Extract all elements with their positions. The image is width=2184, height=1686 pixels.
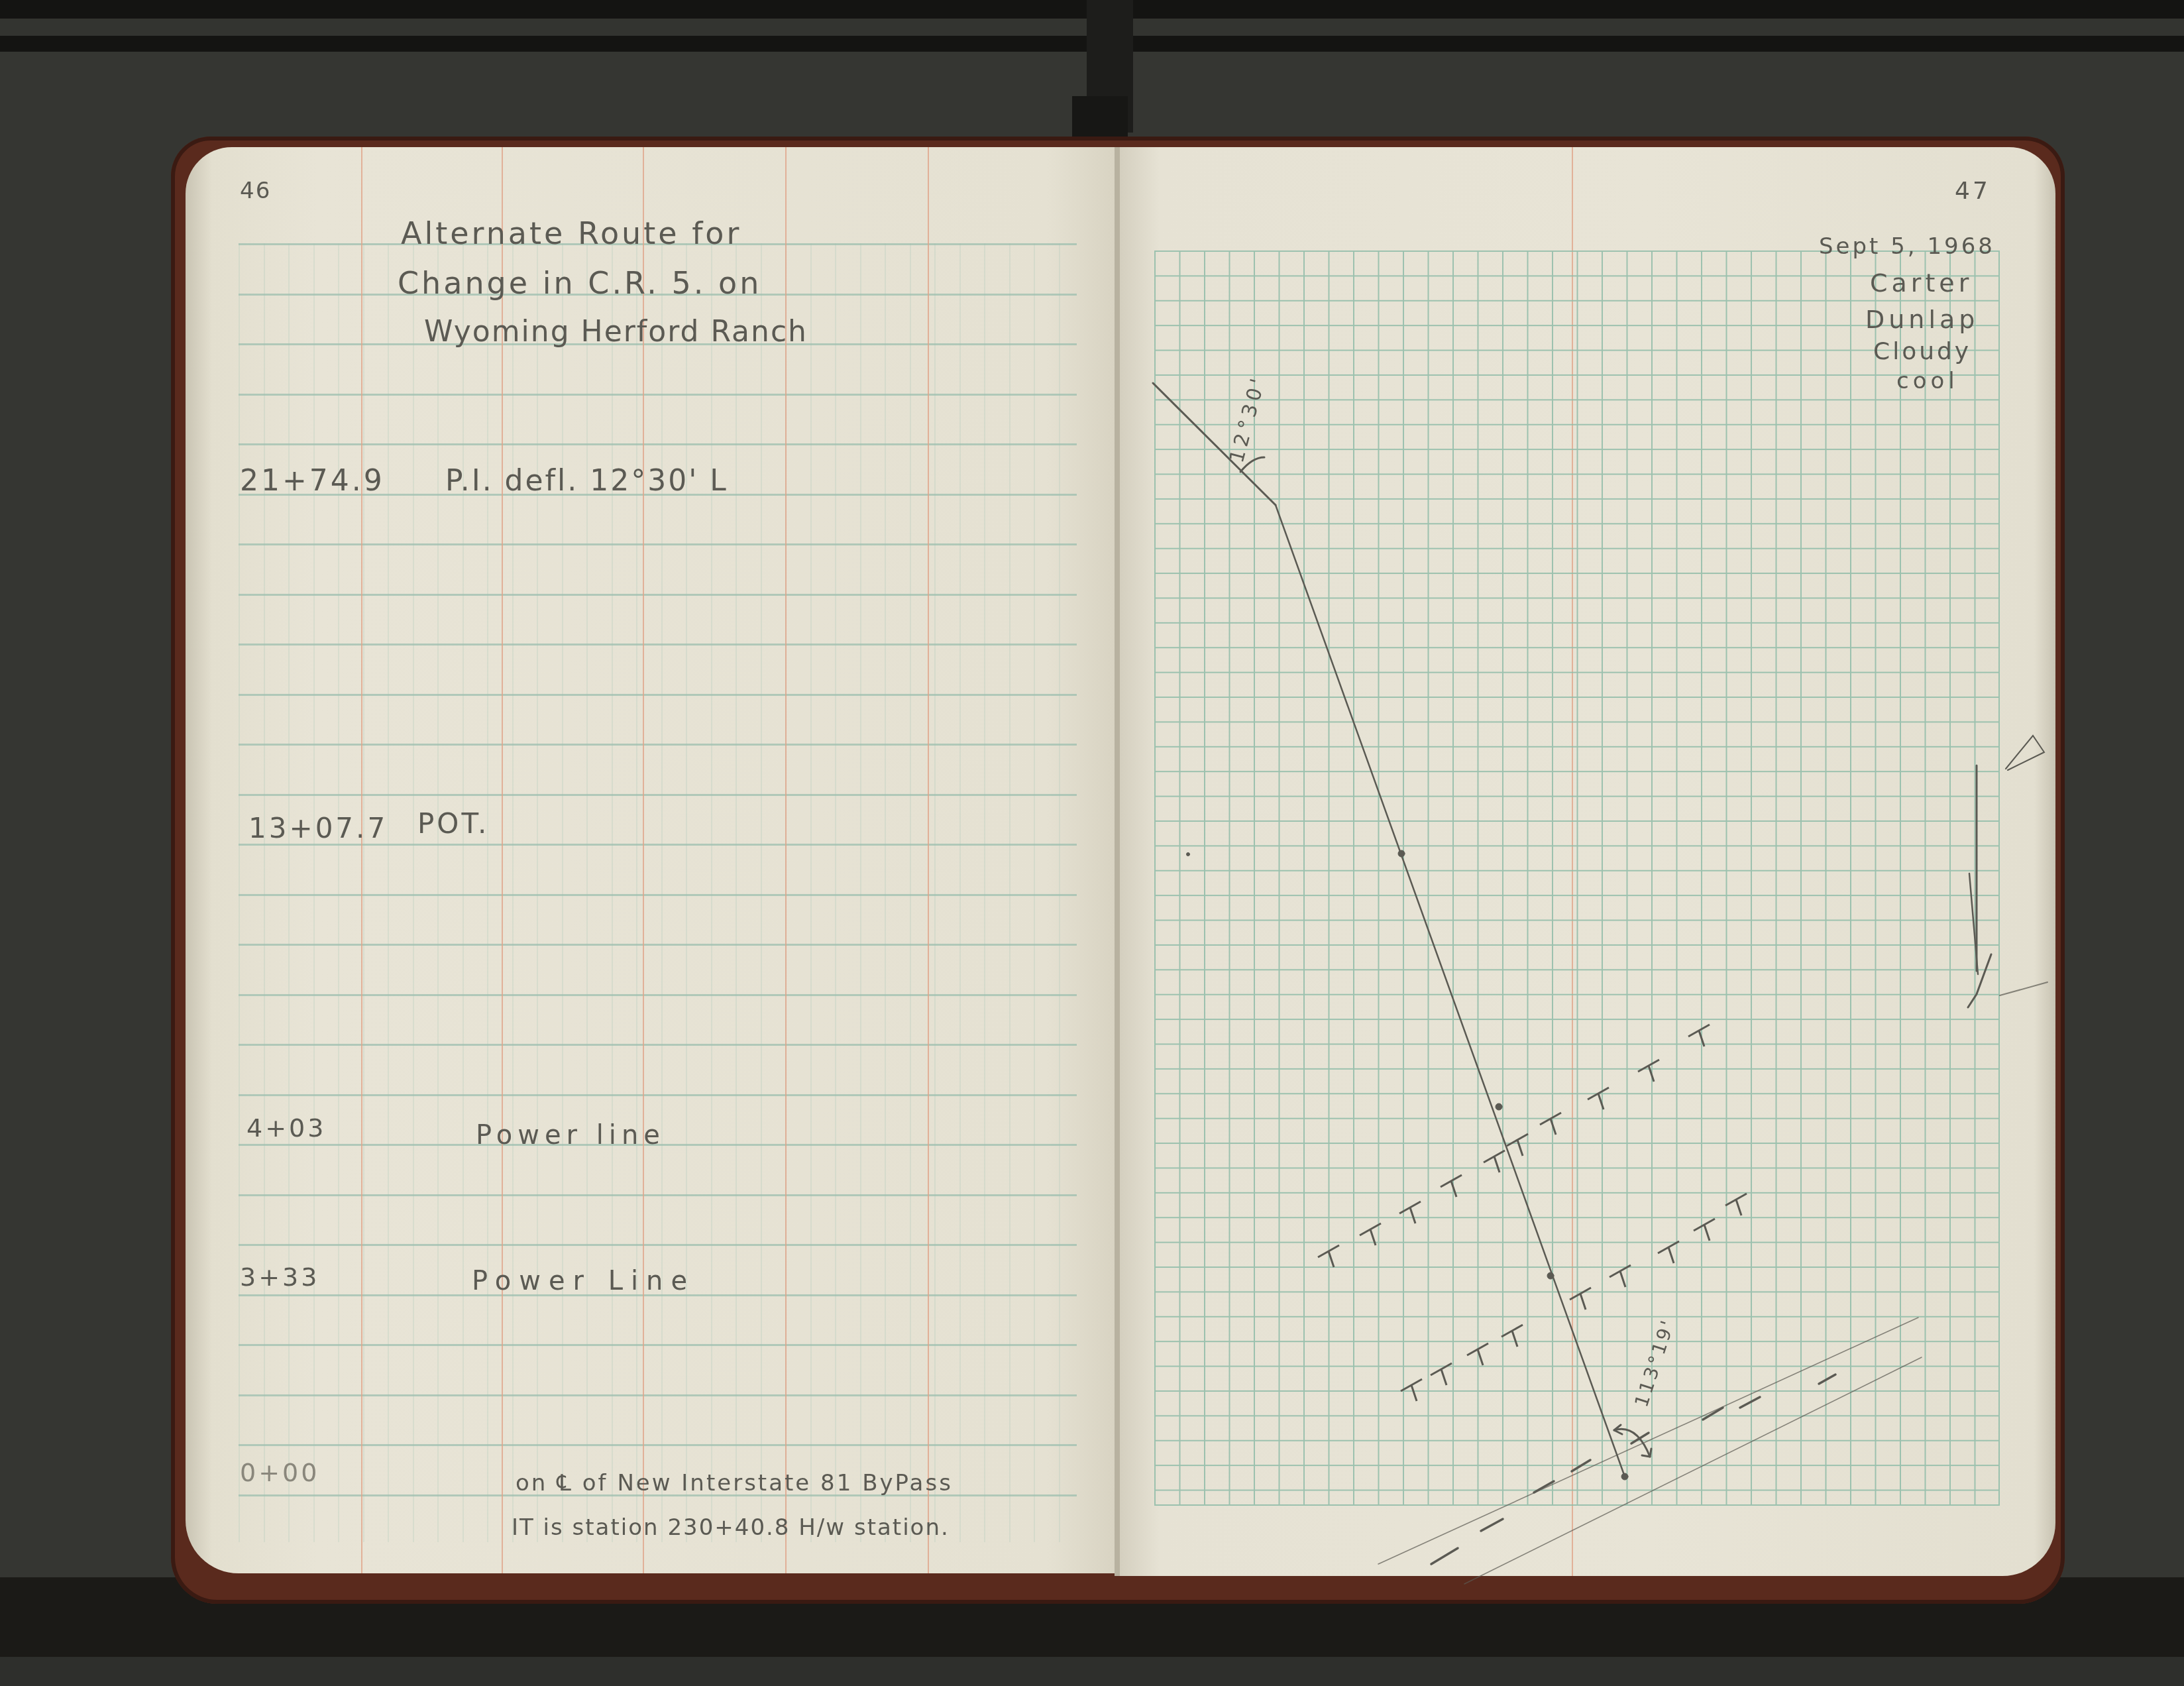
ruled-line	[239, 694, 1077, 696]
faint-grid-line	[512, 243, 514, 1542]
faint-grid-line	[860, 243, 861, 1542]
faint-grid-line	[810, 243, 812, 1542]
entry-description: Power line	[476, 1120, 665, 1151]
book-gutter	[1115, 147, 1120, 1576]
faint-grid-line	[686, 243, 687, 1542]
faint-grid-line	[313, 243, 315, 1542]
faint-grid-line	[388, 243, 389, 1542]
faint-grid-line	[264, 243, 265, 1542]
faint-grid-line	[463, 243, 464, 1542]
column-rule	[643, 147, 644, 1573]
title-line-2: Change in C.R. 5. on	[398, 265, 761, 301]
faint-grid-line	[736, 243, 737, 1542]
station-entry: 13+07.7	[248, 812, 388, 844]
faint-grid-line	[835, 243, 836, 1542]
station-entry: 21+74.9	[240, 464, 385, 498]
station-entry: 4+03	[246, 1113, 326, 1143]
title-line-1: Alternate Route for	[401, 215, 741, 251]
ruled-line	[239, 1094, 1077, 1096]
page-number-left: 46	[240, 178, 271, 204]
ruled-line	[239, 1394, 1077, 1396]
column-rule	[928, 147, 929, 1573]
ruled-line	[239, 944, 1077, 946]
holder-clip-foot	[1072, 96, 1128, 142]
backdrop-band	[0, 1657, 2184, 1686]
faint-grid-line	[537, 243, 538, 1542]
ruled-line	[239, 1444, 1077, 1446]
ruled-line	[239, 794, 1077, 796]
faint-grid-line	[1059, 243, 1060, 1542]
left-page	[186, 147, 1117, 1573]
faint-grid-line	[959, 243, 961, 1542]
entry-description: P.I. defl. 12°30' L	[445, 464, 728, 498]
station-entry: 3+33	[240, 1263, 319, 1292]
ruled-line	[239, 994, 1077, 996]
ruled-line	[239, 644, 1077, 646]
faint-grid-line	[636, 243, 637, 1542]
faint-grid-line	[338, 243, 339, 1542]
header-crew-2: Dunlap	[1865, 305, 1979, 334]
faint-grid-line	[934, 243, 936, 1542]
title-line-3: Wyoming Herford Ranch	[424, 315, 808, 349]
header-crew-1: Carter	[1870, 268, 1973, 298]
ruled-line	[239, 894, 1077, 896]
faint-grid-line	[562, 243, 563, 1542]
faint-grid-line	[711, 243, 712, 1542]
faint-grid-line	[1009, 243, 1010, 1542]
faint-grid-line	[661, 243, 663, 1542]
entry-description: on ℄ of New Interstate 81 ByPass	[516, 1470, 953, 1496]
ruled-line	[239, 1344, 1077, 1346]
ruled-line	[239, 1044, 1077, 1046]
header-weather: Cloudy	[1873, 338, 1971, 365]
ruled-line	[239, 594, 1077, 596]
faint-grid-line	[363, 243, 364, 1542]
faint-grid-line	[437, 243, 439, 1542]
ruled-line	[239, 1194, 1077, 1196]
faint-grid-line	[910, 243, 911, 1542]
column-rule	[361, 147, 362, 1573]
entry-description: POT.	[417, 807, 489, 840]
faint-grid-line	[612, 243, 613, 1542]
faint-grid-line	[288, 243, 290, 1542]
faint-grid-line	[487, 243, 488, 1542]
entry-description: Power Line	[472, 1266, 695, 1296]
ruled-line	[239, 1244, 1077, 1246]
faint-grid-line	[761, 243, 762, 1542]
ruled-line	[239, 744, 1077, 746]
footnote: IT is station 230+40.8 H/w station.	[512, 1514, 950, 1541]
faint-grid-line	[1034, 243, 1035, 1542]
ruled-line	[239, 394, 1077, 396]
ruled-line	[239, 543, 1077, 545]
header-date: Sept 5, 1968	[1819, 233, 1995, 260]
faint-grid-line	[413, 243, 414, 1542]
faint-grid-line	[984, 243, 985, 1542]
station-entry: 0+00	[240, 1458, 319, 1487]
column-rule	[502, 147, 503, 1573]
header-temperature: cool	[1896, 368, 1959, 394]
faint-grid-line	[239, 243, 240, 1542]
page-number-right: 47	[1955, 178, 1991, 205]
column-rule	[785, 147, 787, 1573]
ruled-line	[239, 443, 1077, 445]
faint-grid-line	[586, 243, 588, 1542]
faint-grid-line	[885, 243, 886, 1542]
graph-grid	[1154, 251, 2000, 1506]
